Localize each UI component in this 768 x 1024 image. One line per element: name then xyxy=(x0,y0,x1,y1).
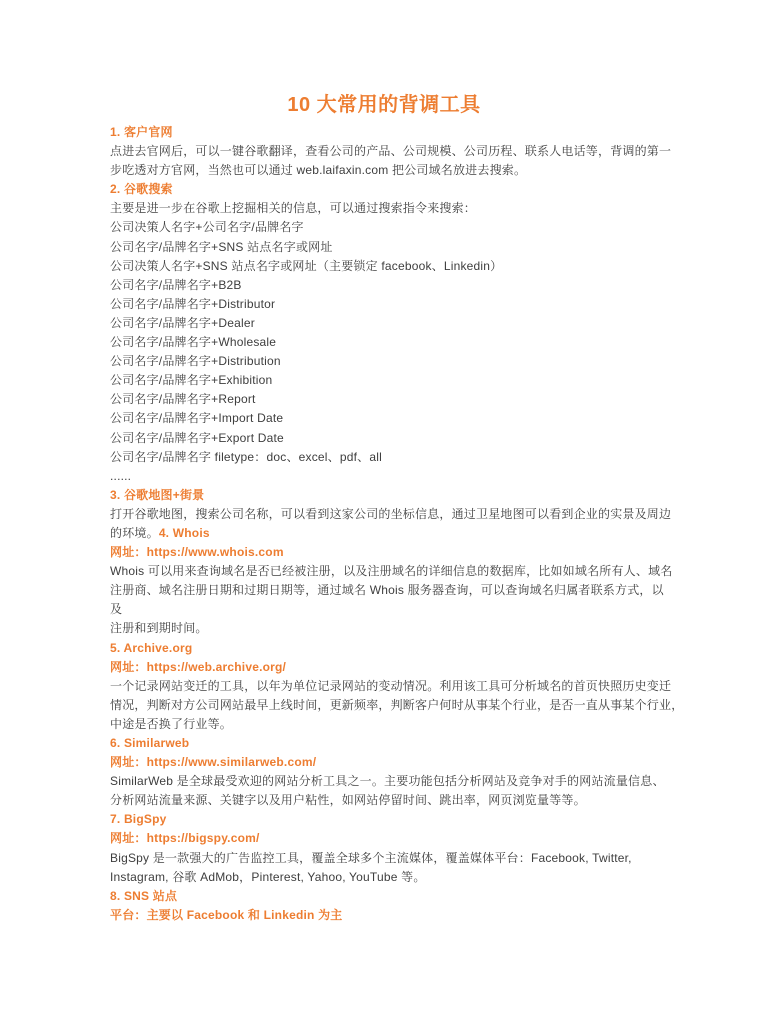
text-run: 6. Similarweb xyxy=(110,736,189,750)
paragraph: 主要是进一步在谷歌上挖掘相关的信息，可以通过搜索指令来搜索： 公司决策人名字+公… xyxy=(110,199,668,485)
text-run: 网址：https://web.archive.org/ xyxy=(110,660,286,674)
text-run: 网址：https://www.similarweb.com/ xyxy=(110,755,316,769)
text-run: 网址：https://bigspy.com/ xyxy=(110,831,260,845)
text-run: 网址：https://www.whois.com xyxy=(110,545,284,559)
section-heading: 5. Archive.org xyxy=(110,639,668,658)
text-run: 5. Archive.org xyxy=(110,641,192,655)
platform-line: 平台：主要以 Facebook 和 Linkedin 为主 xyxy=(110,906,668,925)
text-run: 2. 谷歌搜索 xyxy=(110,182,173,196)
section-heading: 8. SNS 站点 xyxy=(110,887,668,906)
url-line[interactable]: 网址：https://www.whois.com xyxy=(110,543,668,562)
section-heading: 6. Similarweb xyxy=(110,734,668,753)
text-run: 8. SNS 站点 xyxy=(110,889,177,903)
paragraph: 打开谷歌地图，搜索公司名称，可以看到这家公司的坐标信息，通过卫星地图可以看到企业… xyxy=(110,505,668,543)
section-heading: 3. 谷歌地图+街景 xyxy=(110,486,668,505)
paragraph: Whois 可以用来查询域名是否已经被注册，以及注册域名的详细信息的数据库，比如… xyxy=(110,562,668,638)
text-run: Whois 可以用来查询域名是否已经被注册，以及注册域名的详细信息的数据库，比如… xyxy=(110,564,672,635)
text-run: 1. 客户官网 xyxy=(110,125,173,139)
text-run: SimilarWeb 是全球最受欢迎的网站分析工具之一。主要功能包括分析网站及竞… xyxy=(110,774,665,807)
text-run: 主要是进一步在谷歌上挖掘相关的信息，可以通过搜索指令来搜索： 公司决策人名字+公… xyxy=(110,201,502,482)
section-heading: 2. 谷歌搜索 xyxy=(110,180,668,199)
section-heading: 1. 客户官网 xyxy=(110,123,668,142)
document-page: 10 大常用的背调工具 1. 客户官网点进去官网后，可以一键谷歌翻译，查看公司的… xyxy=(0,0,768,1024)
document-title: 10 大常用的背调工具 xyxy=(110,93,658,118)
text-run: 一个记录网站变迁的工具，以年为单位记录网站的变动情况。利用该工具可分析域名的首页… xyxy=(110,679,683,731)
inline-section-heading: 4. Whois xyxy=(159,526,210,540)
paragraph: 一个记录网站变迁的工具，以年为单位记录网站的变动情况。利用该工具可分析域名的首页… xyxy=(110,677,668,734)
paragraph: BigSpy 是一款强大的广告监控工具，覆盖全球多个主流媒体，覆盖媒体平台：Fa… xyxy=(110,849,668,887)
document-blocks: 1. 客户官网点进去官网后，可以一键谷歌翻译，查看公司的产品、公司规模、公司历程… xyxy=(110,123,668,925)
url-line[interactable]: 网址：https://web.archive.org/ xyxy=(110,658,668,677)
text-run: 3. 谷歌地图+街景 xyxy=(110,488,204,502)
paragraph: SimilarWeb 是全球最受欢迎的网站分析工具之一。主要功能包括分析网站及竞… xyxy=(110,772,668,810)
paragraph: 点进去官网后，可以一键谷歌翻译，查看公司的产品、公司规模、公司历程、联系人电话等… xyxy=(110,142,668,180)
text-run: BigSpy 是一款强大的广告监控工具，覆盖全球多个主流媒体，覆盖媒体平台：Fa… xyxy=(110,851,632,884)
text-run: 7. BigSpy xyxy=(110,812,166,826)
url-line[interactable]: 网址：https://bigspy.com/ xyxy=(110,829,668,848)
text-run: 平台：主要以 Facebook 和 Linkedin 为主 xyxy=(110,908,343,922)
url-line[interactable]: 网址：https://www.similarweb.com/ xyxy=(110,753,668,772)
text-run: 点进去官网后，可以一键谷歌翻译，查看公司的产品、公司规模、公司历程、联系人电话等… xyxy=(110,144,671,177)
section-heading: 7. BigSpy xyxy=(110,810,668,829)
